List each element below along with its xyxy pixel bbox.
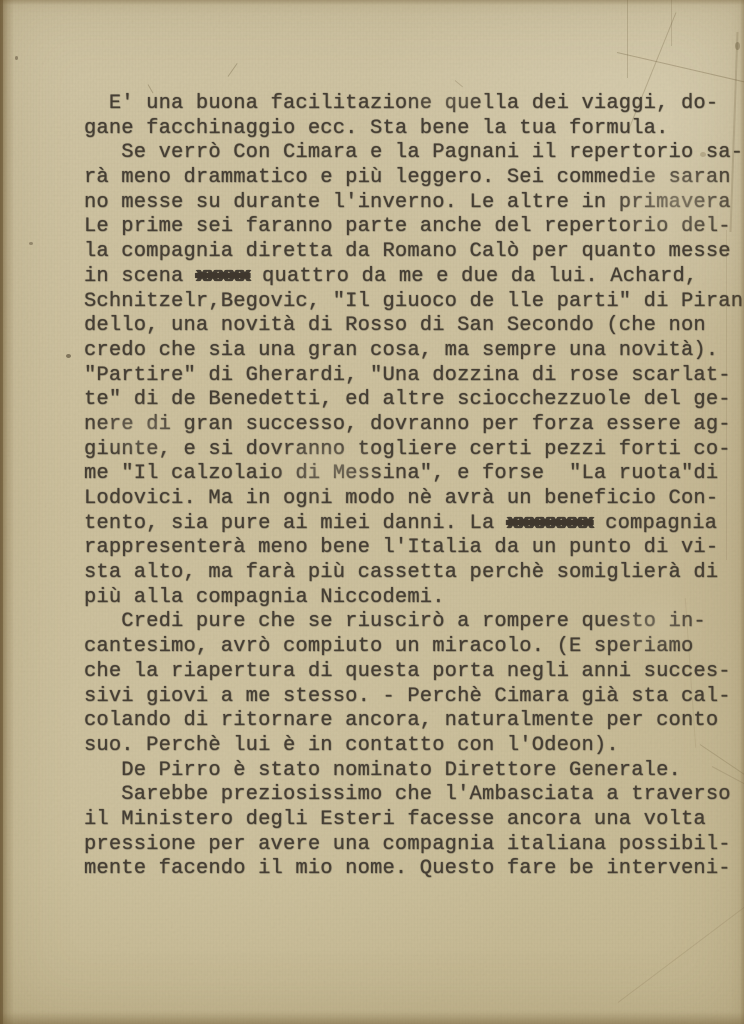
text-line: te" di de Benedetti, ed altre sciocchezz… [84, 388, 744, 413]
text-segment: cantesimo, avrò compiuto un miracolo. (E… [84, 635, 693, 658]
text-line: tento, sia pure ai miei danni. La xxxxxx… [84, 512, 744, 537]
text-line: in scena xxxxx quattro da me e due da lu… [84, 265, 744, 290]
paper-speck [29, 242, 33, 245]
text-line: Se verrò Con Cimara e la Pagnani il repe… [84, 141, 744, 166]
text-line: credo che sia una gran cosa, ma sempre u… [84, 339, 744, 364]
text-line: Schnitzelr,Begovic, "Il giuoco de lle pa… [84, 290, 744, 315]
text-segment: mente facendo il mio nome. Questo fare b… [84, 857, 731, 880]
text-line: rà meno drammatico e più leggero. Sei co… [84, 166, 744, 191]
text-segment: tento, sia pure ai miei danni. La [84, 512, 507, 535]
text-segment: Se verrò Con Cimara e la Pagnani il repe… [84, 141, 743, 164]
text-line: mente facendo il mio nome. Questo fare b… [84, 857, 744, 882]
text-segment: Le prime sei faranno parte anche del rep… [84, 215, 731, 238]
text-segment: me "Il calzolaio di Messina", e forse "L… [84, 462, 718, 485]
paper-left-edge [0, 0, 14, 1024]
text-segment: la compagnia diretta da Romano Calò per … [84, 240, 731, 263]
crease-mark [228, 63, 238, 77]
text-line: De Pirro è stato nominato Direttore Gene… [84, 759, 744, 784]
text-segment: Credi pure che se riuscirò a rompere que… [84, 610, 706, 633]
struck-out-word: xxxxxxxx [507, 512, 593, 535]
text-line: no messe su durante l'inverno. Le altre … [84, 191, 744, 216]
letter-page: E' una buona facilitazione quella dei vi… [0, 0, 744, 1024]
paper-bottom-edge [0, 1012, 744, 1024]
crease-mark [671, 0, 672, 46]
text-segment: compagnia [593, 512, 717, 535]
text-line: Lodovici. Ma in ogni modo nè avrà un ben… [84, 487, 744, 512]
text-segment: sivi giovi a me stesso. - Perchè Cimara … [84, 685, 731, 708]
crease-mark [627, 0, 628, 78]
crease-mark [617, 52, 744, 84]
text-line: pressione per avere una compagnia italia… [84, 833, 744, 858]
text-segment: nere di gran successo, dovranno per forz… [84, 413, 731, 436]
text-line: dello, una novità di Rosso di San Second… [84, 314, 744, 339]
text-segment: E' una buona facilitazione quella dei vi… [84, 92, 718, 115]
paper-speck [735, 42, 740, 50]
text-segment: rappresenterà meno bene l'Italia da un p… [84, 536, 718, 559]
text-segment: credo che sia una gran cosa, ma sempre u… [84, 339, 718, 362]
text-segment: te" di de Benedetti, ed altre sciocchezz… [84, 388, 731, 411]
paper-left-edge-line [0, 0, 3, 1024]
text-line: "Partire" di Gherardi, "Una dozzina di r… [84, 364, 744, 389]
text-line: la compagnia diretta da Romano Calò per … [84, 240, 744, 265]
text-line: E' una buona facilitazione quella dei vi… [84, 92, 744, 117]
text-segment: De Pirro è stato nominato Direttore Gene… [84, 759, 681, 782]
text-segment: "Partire" di Gherardi, "Una dozzina di r… [84, 364, 731, 387]
text-line: Credi pure che se riuscirò a rompere que… [84, 610, 744, 635]
text-segment: Schnitzelr,Begovic, "Il giuoco de lle pa… [84, 290, 743, 313]
text-segment: no messe su durante l'inverno. Le altre … [84, 191, 731, 214]
text-line: Sarebbe preziosissimo che l'Ambasciata a… [84, 783, 744, 808]
text-line: Le prime sei faranno parte anche del rep… [84, 215, 744, 240]
text-line: me "Il calzolaio di Messina", e forse "L… [84, 462, 744, 487]
text-segment: rà meno drammatico e più leggero. Sei co… [84, 166, 731, 189]
letter-text: E' una buona facilitazione quella dei vi… [84, 92, 744, 882]
paper-top-edge [0, 0, 744, 5]
text-line: suo. Perchè lui è in contatto con l'Odeo… [84, 734, 744, 759]
struck-out-word: xxxxx [196, 265, 250, 288]
text-line: giunte, e si dovranno togliere certi pez… [84, 438, 744, 463]
text-segment: dello, una novità di Rosso di San Second… [84, 314, 706, 337]
text-segment: pressione per avere una compagnia italia… [84, 833, 731, 856]
text-segment: più alla compagnia Niccodemi. [84, 586, 445, 609]
text-segment: gane facchinaggio ecc. Sta bene la tua f… [84, 117, 669, 140]
text-line: colando di ritornare ancora, naturalment… [84, 709, 744, 734]
paper-speck [66, 354, 71, 358]
crease-mark [618, 903, 744, 1003]
text-segment: sta alto, ma farà più cassetta perchè so… [84, 561, 718, 584]
text-line: rappresenterà meno bene l'Italia da un p… [84, 536, 744, 561]
text-segment: colando di ritornare ancora, naturalment… [84, 709, 718, 732]
text-segment: in scena [84, 265, 196, 288]
crease-mark [455, 80, 463, 87]
text-segment: che la riapertura di questa porta negli … [84, 660, 731, 683]
text-segment: Lodovici. Ma in ogni modo nè avrà un ben… [84, 487, 718, 510]
text-line: gane facchinaggio ecc. Sta bene la tua f… [84, 117, 744, 142]
text-line: che la riapertura di questa porta negli … [84, 660, 744, 685]
text-segment: il Ministero degli Esteri facesse ancora… [84, 808, 706, 831]
text-segment: quattro da me e due da lui. Achard, [250, 265, 698, 288]
text-segment: suo. Perchè lui è in contatto con l'Odeo… [84, 734, 619, 757]
text-line: cantesimo, avrò compiuto un miracolo. (E… [84, 635, 744, 660]
text-line: sta alto, ma farà più cassetta perchè so… [84, 561, 744, 586]
text-line: il Ministero degli Esteri facesse ancora… [84, 808, 744, 833]
text-line: più alla compagnia Niccodemi. [84, 586, 744, 611]
paper-speck [15, 56, 18, 60]
text-line: sivi giovi a me stesso. - Perchè Cimara … [84, 685, 744, 710]
text-segment: giunte, e si dovranno togliere certi pez… [84, 438, 731, 461]
text-segment: Sarebbe preziosissimo che l'Ambasciata a… [84, 783, 731, 806]
text-line: nere di gran successo, dovranno per forz… [84, 413, 744, 438]
